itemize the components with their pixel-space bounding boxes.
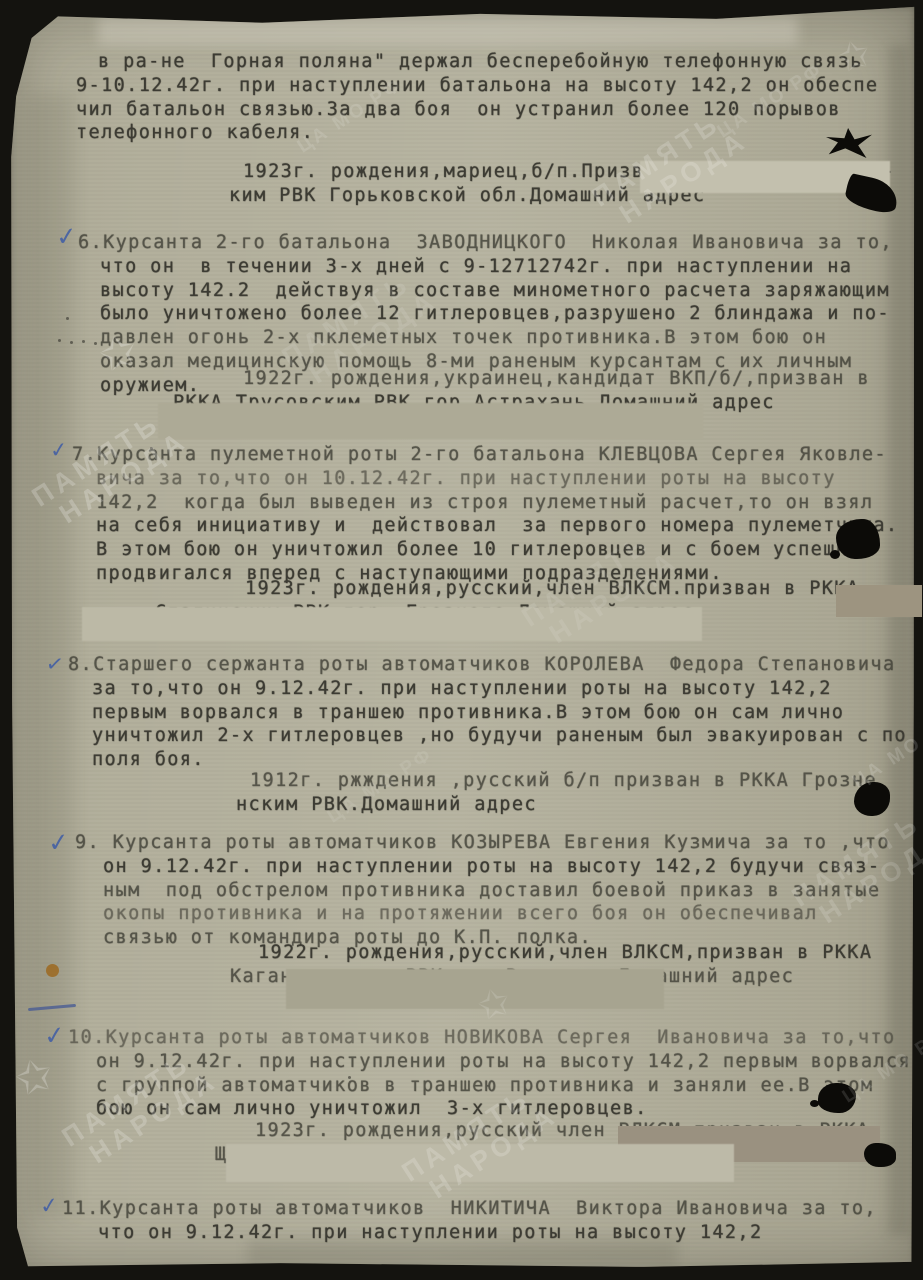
text-line: ным под обстрелом противника доставил бо… [75,879,890,903]
text-line: 1922г. рождения,русский,член ВЛКСМ,призв… [258,941,872,965]
ink-blot [836,519,880,559]
check-mark-ink-11: ✓ [39,1193,60,1220]
text-line: что он в течении 3-х дней с 9-12712742г.… [78,255,893,279]
text-line: с группой автоматчиков в траншею противн… [68,1074,911,1098]
ink-blot [810,1100,819,1107]
text-line: в ра-не Горная поляна" держал бесперебой… [76,50,878,74]
redaction-box [158,403,703,439]
text-line: что он 9.12.42г. при наступлении роты на… [62,1221,877,1245]
text-line: давлен огонь 2-х пклеметных точек против… [78,326,893,350]
redaction-box [226,1144,734,1182]
redaction-box [82,607,702,641]
award-entry-11: 11.Курсанта роты автоматчиков НИКИТИЧА В… [62,1197,877,1245]
check-mark-ink-9: ✓ [47,827,71,858]
text-line: вича за то,что он 10.12.42г. при наступл… [72,467,898,491]
text-line: высоту 142.2 действуя в составе минометн… [78,279,893,303]
text-line: 1912г. ржждения ,русский б/п призван в Р… [250,769,877,793]
text-line: 10.Курсанта роты автоматчиков НОВИКОВА С… [68,1026,911,1050]
redaction-box [836,585,922,617]
ink-blot [854,782,890,816]
text-line: телефонного кабеля. [76,121,878,145]
text-line: нским РВК.Домашний адрес [236,793,877,817]
text-line: В этом бою он уничтожил более 10 гитлеро… [72,538,898,562]
check-mark-ink-7: ✓ [49,437,69,463]
text-line: 11.Курсанта роты автоматчиков НИКИТИЧА В… [62,1197,877,1221]
award-entry-9: 9. Курсанта роты автоматчиков КОЗЫРЕВА Е… [75,831,890,950]
text-line: бою он сам лично уничтожил 3-х гитлеровц… [68,1097,911,1121]
text-line: 9. Курсанта роты автоматчиков КОЗЫРЕВА Е… [75,831,890,855]
text-line: за то,что он 9.12.42г. при наступлении р… [68,677,907,701]
text-line: он 9.12.42г. при наступлении роты на выс… [68,1050,911,1074]
text-line: чил батальон связью.За два боя он устран… [76,98,878,122]
text-line: 9-10.12.42г. при наступлении батальона н… [76,74,878,98]
text-line: он 9.12.42г. при наступлении роты на выс… [75,855,890,879]
ink-blot [830,550,840,559]
scan-page: в ра-не Горная поляна" держал бесперебой… [0,0,923,1280]
award-entry-7: 7.Курсанта пулеметной роты 2-го батальон… [72,443,898,586]
text-line: 7.Курсанта пулеметной роты 2-го батальон… [72,443,898,467]
text-line: было уничтожено более 12 гитлеровцев,раз… [78,302,893,326]
text-line: 6.Курсанта 2-го батальона ЗАВОДНИЦКОГО Н… [78,231,893,255]
bio-entry-8: 1912г. ржждения ,русский б/п призван в Р… [250,769,877,817]
ink-speck [150,447,153,450]
text-line: 1923г. рождения,русский,член ВЛКСМ.призв… [245,577,859,601]
ink-blot [864,1143,896,1167]
text-line: окопы противника и на протяжении всего б… [75,902,890,926]
check-mark-ink-10: ✓ [43,1020,67,1051]
text-line: уничтожил 2-х гитлеровцев ,но будучи ран… [68,724,907,748]
check-mark-ink-6: ✓ [55,221,79,252]
check-mark-ink-8: ✓ [44,651,65,677]
text-line: 142,2 когда был выведен из строя пулемет… [72,491,898,515]
redaction-box [286,969,664,1009]
text-line: 8.Старшего сержанта роты автоматчиков КО… [68,653,907,677]
ink-blot [818,1083,856,1113]
paragraph-telephone-link: в ра-не Горная поляна" держал бесперебой… [76,50,878,145]
award-entry-10: 10.Курсанта роты автоматчиков НОВИКОВА С… [68,1026,911,1121]
text-line: первым ворвался в траншею противника.В э… [68,701,907,725]
ink-speck [58,339,61,342]
ink-speck [348,1076,351,1079]
ink-speck [66,317,69,320]
brown-spot [46,964,59,977]
award-entry-8: 8.Старшего сержанта роты автоматчиков КО… [68,653,907,772]
text-line: на себя инициативу и действовал за перво… [72,514,898,538]
text-line: 1922г. рождения,украинец,кандидат ВКП/б/… [243,367,870,391]
